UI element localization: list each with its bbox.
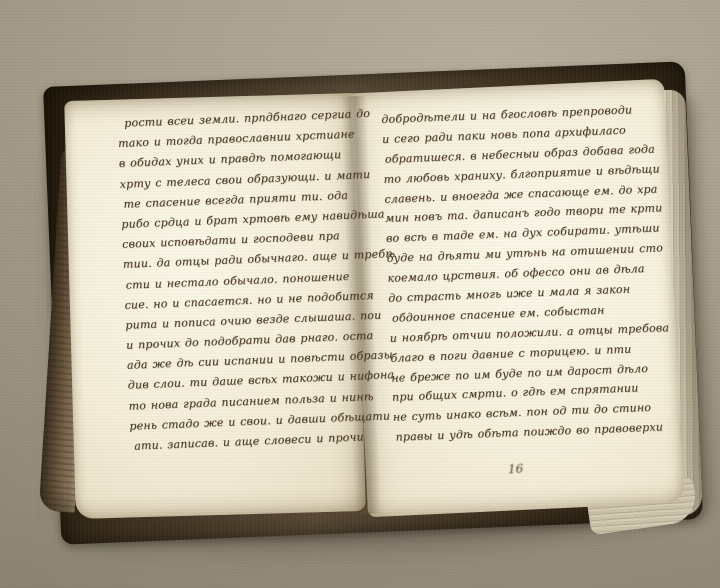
left-page-text: рости всеи земли. прпдбнаго сергиа дотак…: [117, 106, 403, 460]
photo-scene: рости всеи земли. прпдбнаго сергиа дотак…: [0, 0, 720, 588]
right-page-text: добродѣтели и на бгословѣ препроводии се…: [381, 99, 673, 448]
page-number: 16: [508, 462, 524, 477]
